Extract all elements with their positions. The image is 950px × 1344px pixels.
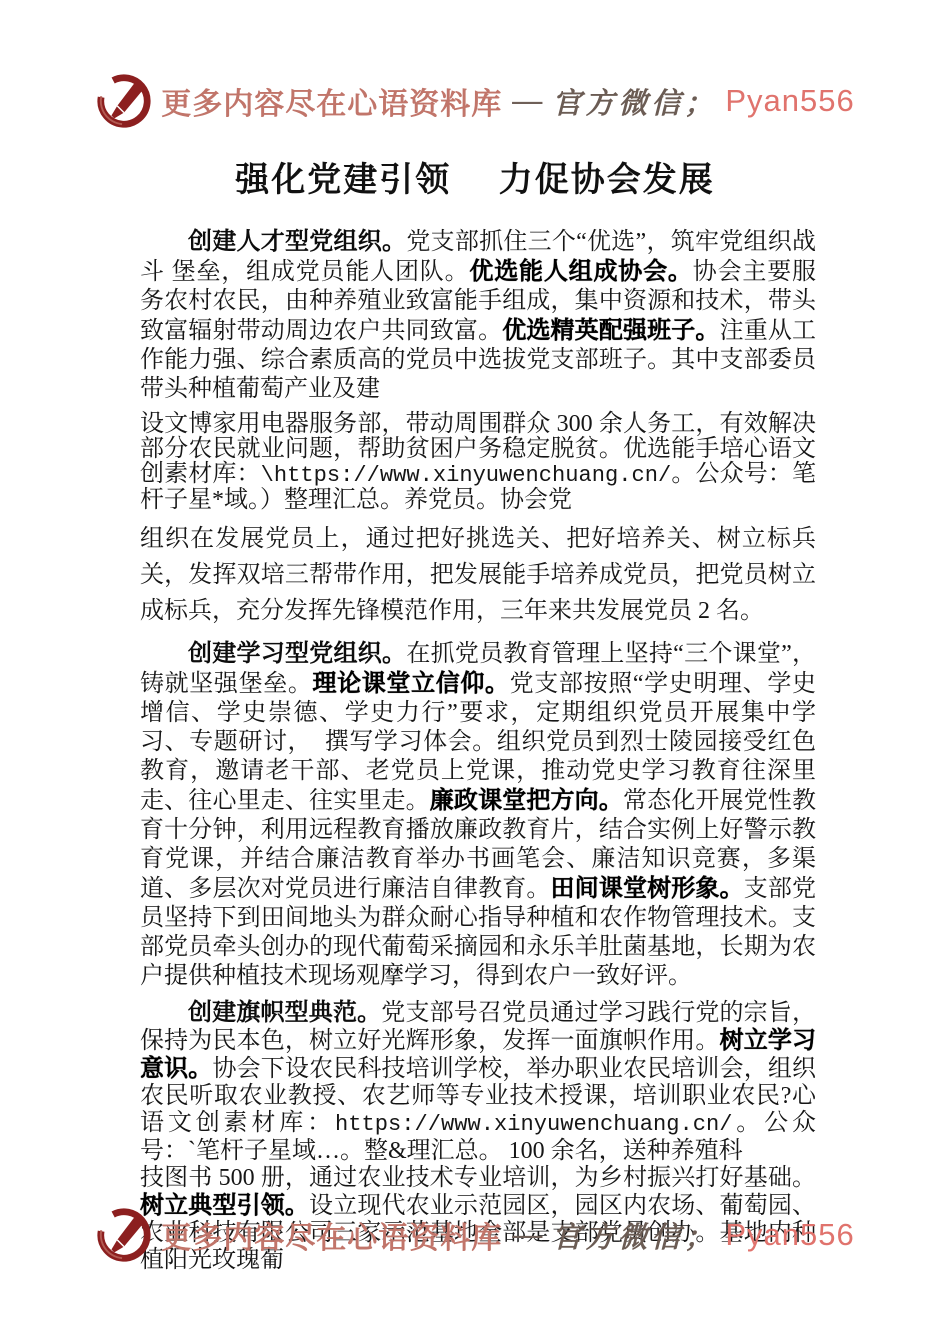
text-run: 组织在发展党员上，通过把好挑选关、把好培养关、树立标兵关，发挥双培三帮带作用，把… bbox=[140, 526, 816, 624]
pen-logo-icon bbox=[95, 1206, 153, 1264]
paragraph-3: 组织在发展党员上，通过把好挑选关、把好培养关、树立标兵关，发挥双培三帮带作用，把… bbox=[140, 521, 816, 629]
document-page: 更多内容尽在心语资料库 — 官方微信； Pyan556 强化党建引领 力促协会发… bbox=[0, 0, 950, 1344]
text-run: 创建人才型党组织。 bbox=[188, 228, 406, 255]
watermark-dash: — bbox=[512, 84, 542, 118]
watermark-brand-text: 更多内容尽在心语资料库 bbox=[161, 79, 502, 123]
text-run: 优选精英配强班子。 bbox=[502, 317, 719, 344]
text-run: 创建旗帜型典范。 bbox=[188, 999, 381, 1026]
text-run: 田间课堂树形象。 bbox=[551, 875, 744, 902]
text-run: 廉政课堂把方向。 bbox=[430, 787, 623, 814]
document-title: 强化党建引领 力促协会发展 bbox=[0, 152, 950, 201]
watermark-brand-text: 更多内容尽在心语资料库 bbox=[161, 1213, 502, 1257]
watermark-wechat-id: Pyan556 bbox=[725, 83, 854, 119]
text-run: 创建学习型党组织。 bbox=[188, 640, 406, 667]
watermark-dash: — bbox=[512, 1218, 542, 1252]
watermark-wechat-label: 官方微信； bbox=[552, 1215, 717, 1256]
paragraph-1: 创建人才型党组织。党支部抓住三个“优选”，筑牢党组织战斗 堡垒，组成党员能人团队… bbox=[140, 227, 816, 404]
pen-logo-icon bbox=[95, 72, 153, 130]
document-body: 创建人才型党组织。党支部抓住三个“优选”，筑牢党组织战斗 堡垒，组成党员能人团队… bbox=[140, 227, 816, 1274]
watermark-wechat-id: Pyan556 bbox=[725, 1217, 854, 1253]
paragraph-4: 创建学习型党组织。在抓党员教育管理上坚持“三个课堂”，铸就坚强堡垒。理论课堂立信… bbox=[140, 639, 816, 991]
text-run: 技图书 500 册，通过农业技术专业培训，为乡村振兴打好基础。 bbox=[140, 1165, 816, 1191]
text-run: 优选能人组成协会。 bbox=[469, 258, 692, 285]
text-run: https://www.xinyuwenchuang.cn/ bbox=[335, 1112, 732, 1137]
text-run: \https://www.xinyuwenchuang.cn/ bbox=[261, 463, 672, 488]
watermark-wechat-label: 官方微信； bbox=[552, 81, 717, 122]
text-run: 理论课堂立信仰。 bbox=[313, 670, 510, 697]
paragraph-2: 设文博家用电器服务部，带动周围群众 300 余人务工，有效解决部分农民就业问题，… bbox=[140, 412, 816, 513]
watermark-footer: 更多内容尽在心语资料库 — 官方微信； Pyan556 bbox=[0, 1206, 950, 1264]
watermark-header: 更多内容尽在心语资料库 — 官方微信； Pyan556 bbox=[0, 0, 950, 130]
